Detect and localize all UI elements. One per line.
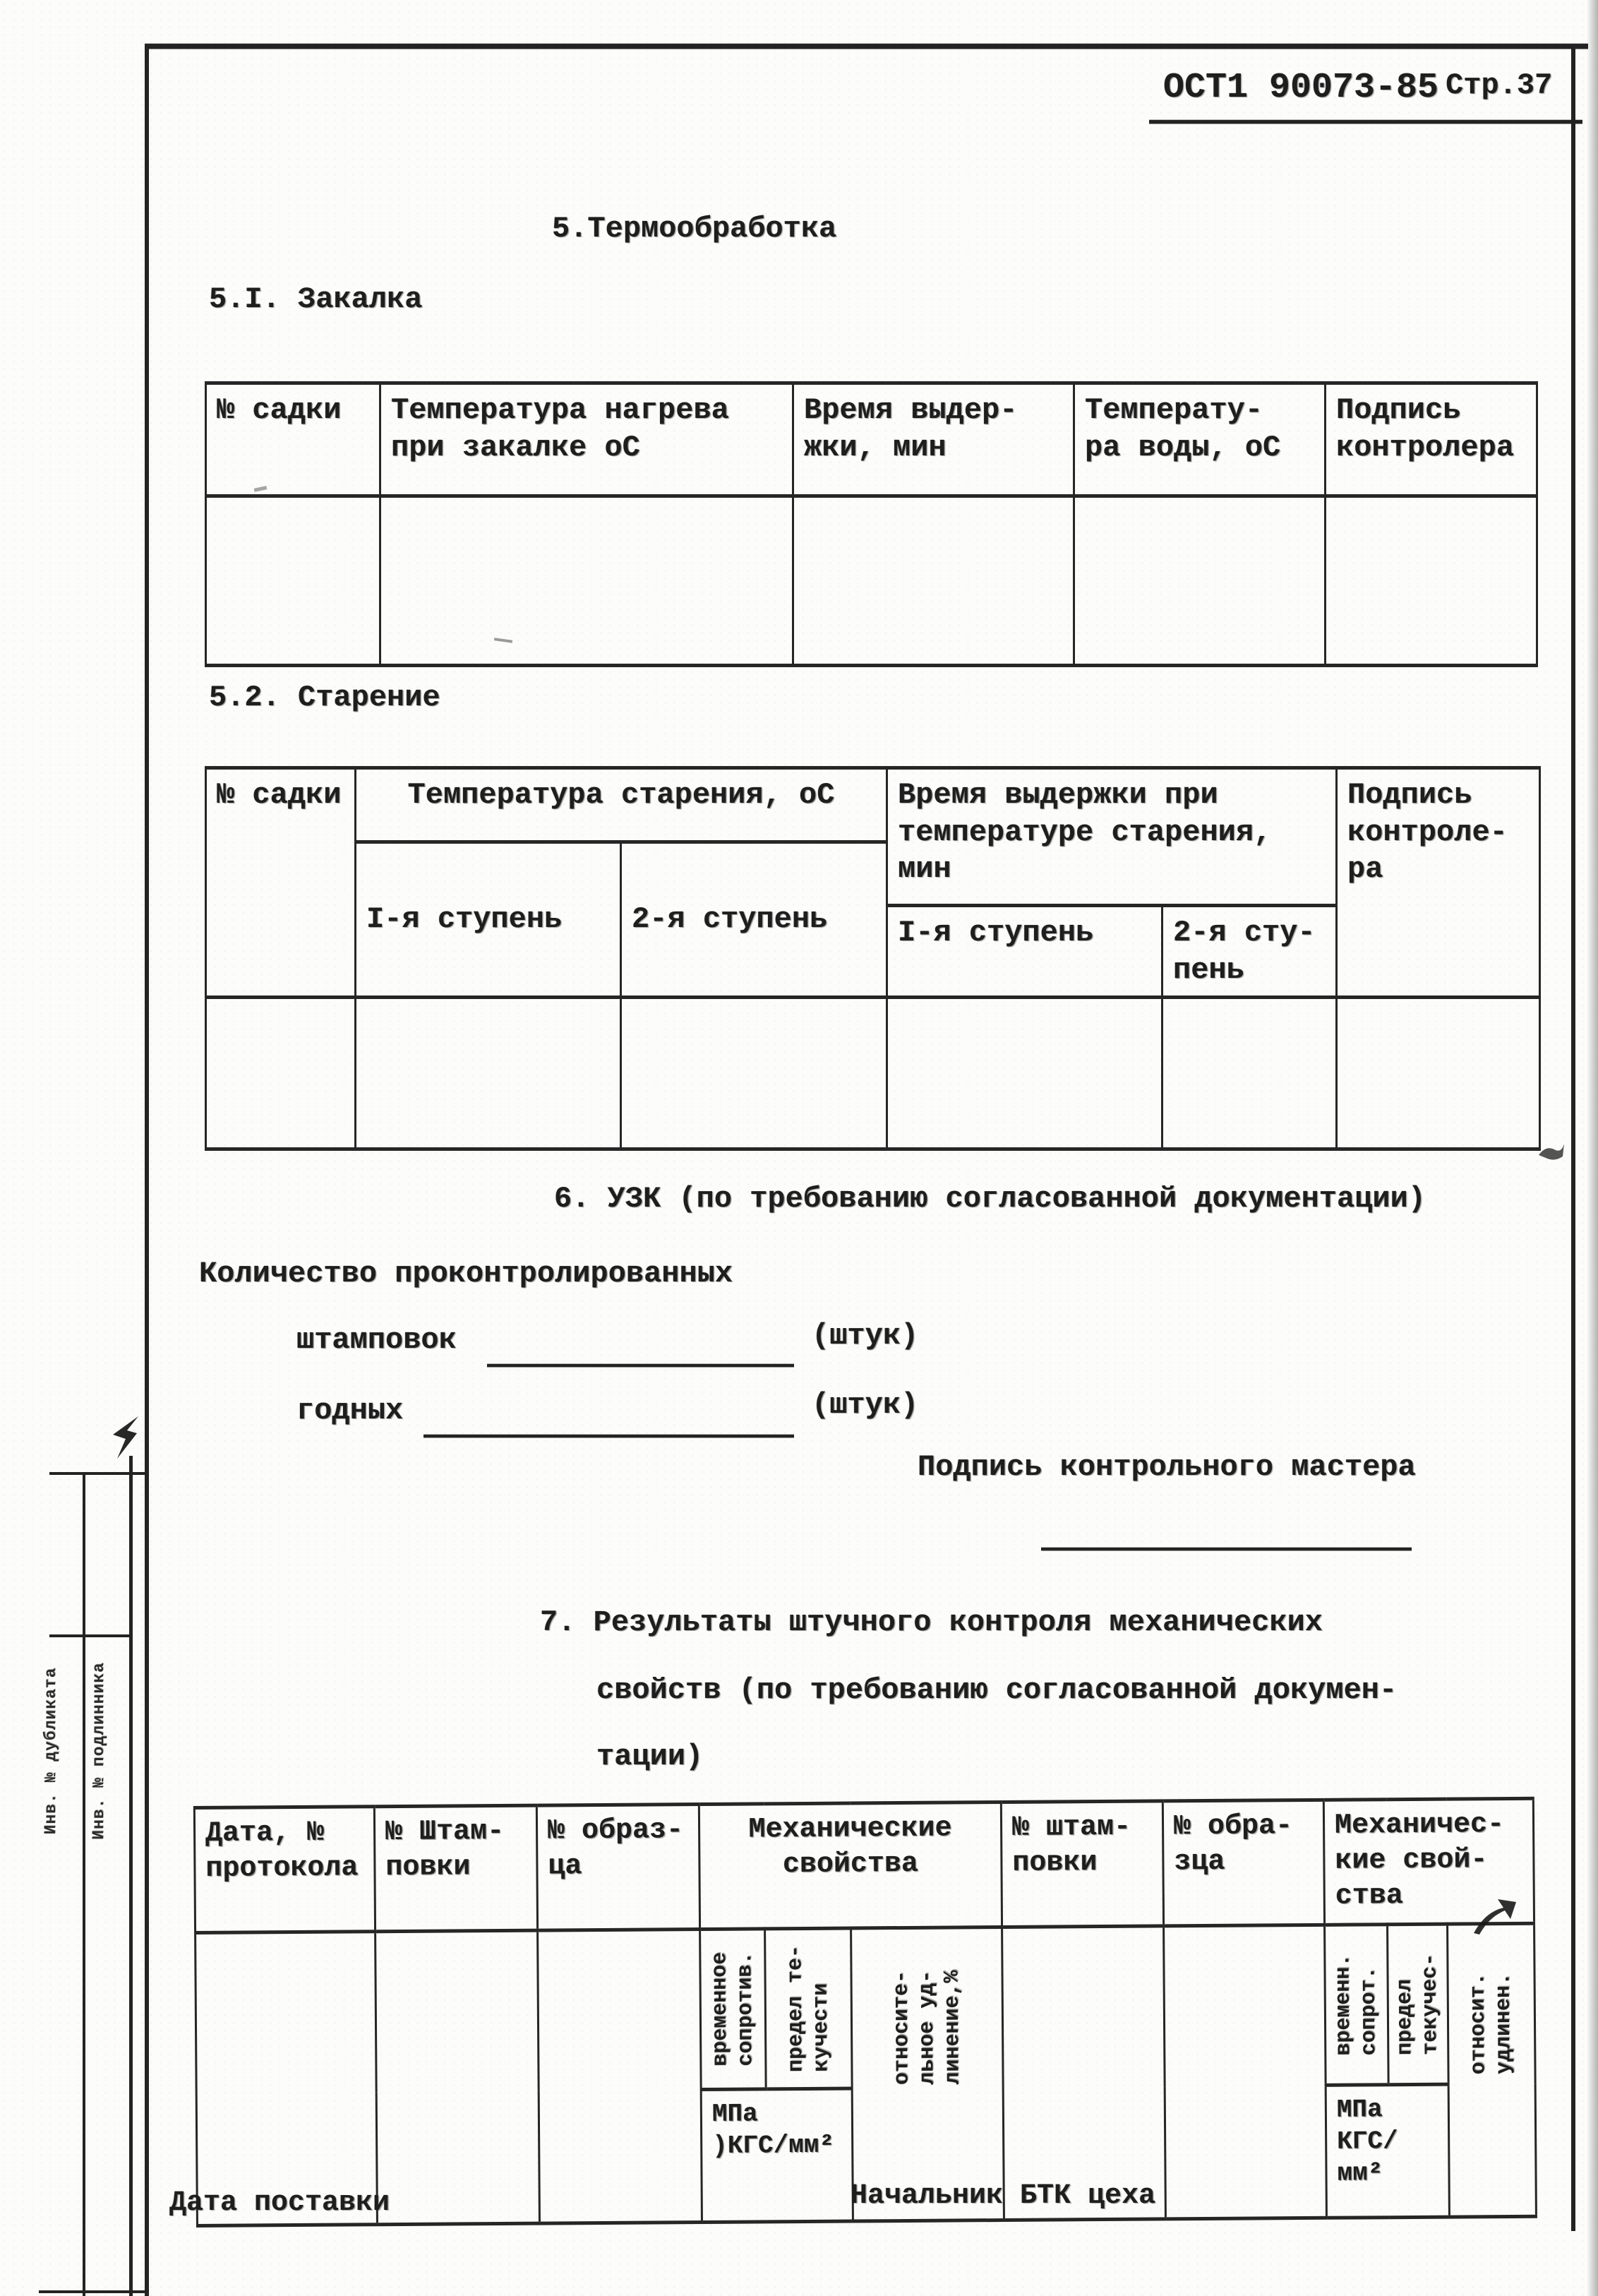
aging-header-sign: Подпись контроле- ра xyxy=(1337,768,1540,998)
quench-empty-cell xyxy=(380,496,793,666)
yield-left-label: предел те- кучести xyxy=(783,1945,834,2073)
results-heading-line1: 7. Результаты штучного контроля механиче… xyxy=(540,1604,1323,1642)
elongation-left-label: относите- льное уд- линение,% xyxy=(889,1971,966,2086)
mech-subheader-yield-right: предел текучес- xyxy=(1388,1924,1449,2085)
mech-header-stamp-left: № Штам- повки xyxy=(374,1805,537,1932)
results-heading-line3: тации) xyxy=(596,1738,703,1776)
quench-header-water: Температу- ра воды, оС xyxy=(1074,383,1326,496)
stamps-unit-label: (штук) xyxy=(812,1317,918,1355)
page-border-top xyxy=(145,44,1588,49)
quench-header-time: Время выдер- жки, мин xyxy=(793,383,1074,496)
aging-header-temp-group: Температура старения, оС xyxy=(356,768,887,842)
yield-right-label: предел текучес- xyxy=(1392,1954,1443,2056)
good-label: годных xyxy=(296,1392,403,1430)
mech-header-sample-left: № образ- ца xyxy=(536,1805,699,1931)
elongation-right-label: относит. удлинен. xyxy=(1466,1973,1518,2075)
inspector-sign-label: Подпись контрольного мастера xyxy=(918,1449,1416,1486)
quench-header-temp: Температура нагрева при закалке оС xyxy=(380,383,793,496)
margin-line-inner xyxy=(83,1472,85,2296)
scanned-document-page: ОСТ1 90073-85Стр.37 5.Термообработка 5.I… xyxy=(0,0,1598,2296)
quench-header-batch: № садки xyxy=(206,383,380,496)
aging-header-time-stage1: I-я ступень xyxy=(887,906,1163,998)
aging-empty-cell xyxy=(621,998,887,1149)
inv-duplicate-label: Инв. № дубликата xyxy=(42,1638,60,1864)
aging-empty-cell xyxy=(1163,998,1337,1149)
mech-subheader-elongation-left: относите- льное уд- линение,% xyxy=(851,1927,1004,2221)
results-heading-line2: свойств (по требованию согласованной док… xyxy=(596,1672,1397,1709)
good-unit-label: (штук) xyxy=(812,1387,918,1424)
mech-header-stamp-right: № штам- повки xyxy=(1001,1801,1163,1927)
aging-empty-cell xyxy=(1337,998,1540,1149)
quench-empty-cell xyxy=(1074,496,1326,666)
inv-original-label: Инв. № подлинника xyxy=(90,1638,108,1864)
chief-label: Начальник БТК цеха xyxy=(851,2179,1155,2214)
delivery-date-label: Дата поставки xyxy=(169,2186,390,2221)
mech-subheader-elongation-right: относит. удлинен. xyxy=(1448,1923,1537,2217)
strength-left-label: временное сопротив. xyxy=(707,1951,759,2067)
margin-divider-bottom xyxy=(39,2290,146,2293)
good-blank-line xyxy=(423,1435,794,1437)
quench-empty-cell xyxy=(206,496,380,666)
mech-header-group-left: Механические свойства xyxy=(699,1802,1002,1930)
page-border-right xyxy=(1571,44,1575,2231)
quench-header-sign: Подпись контролера xyxy=(1326,383,1537,496)
aging-header-temp-stage2: 2-я ступень xyxy=(621,842,887,998)
aging-table: № садки Температура старения, оС Время в… xyxy=(205,766,1541,1151)
page-number: Стр.37 xyxy=(1438,68,1552,102)
mech-empty-cell xyxy=(538,1930,702,2224)
aging-empty-cell xyxy=(356,998,621,1149)
uzk-heading: 6. УЗК (по требованию согласованной доку… xyxy=(554,1180,1426,1218)
title-section-5-1: 5.I. Закалка xyxy=(209,281,422,318)
aging-header-time-stage2: 2-я сту- пень xyxy=(1163,906,1337,998)
mech-empty-cell xyxy=(1164,1925,1327,2219)
ink-mark-table xyxy=(1470,1894,1519,1939)
page-border-left xyxy=(145,44,149,2296)
standard-number: ОСТ1 90073-85 xyxy=(1163,68,1438,108)
mech-empty-cell xyxy=(196,1932,378,2226)
quench-table: № садки Температура нагрева при закалке … xyxy=(205,381,1538,667)
margin-line-outer xyxy=(129,1456,133,2296)
header-underline xyxy=(1149,120,1582,124)
ink-mark-aging xyxy=(1536,1135,1567,1164)
mech-empty-cell xyxy=(376,1930,540,2225)
inspector-sign-line xyxy=(1041,1548,1412,1550)
stamps-label: штамповок xyxy=(296,1322,457,1359)
title-section-5: 5.Термообработка xyxy=(552,210,836,248)
stamps-blank-line xyxy=(487,1364,794,1367)
mech-table: Дата, № протокола № Штам- повки № образ-… xyxy=(193,1797,1537,2228)
aging-header-time-group: Время выдержки при температуре старения,… xyxy=(887,768,1337,906)
mech-header-date: Дата, № протокола xyxy=(194,1807,375,1933)
uzk-count-label: Количество проконтролированных xyxy=(199,1255,733,1293)
quench-empty-cell xyxy=(1326,496,1537,666)
mech-empty-cell xyxy=(1002,1926,1166,2220)
margin-divider-mid xyxy=(49,1634,131,1637)
strength-right-label: временн. сопрот. xyxy=(1330,1954,1382,2056)
aging-empty-cell xyxy=(887,998,1163,1149)
document-header: ОСТ1 90073-85Стр.37 xyxy=(1163,66,1552,111)
ink-mark-margin xyxy=(106,1412,143,1463)
aging-header-batch: № садки xyxy=(206,768,356,998)
mech-units-right: МПа КГС/мм² xyxy=(1326,2084,1449,2218)
aging-header-temp-stage1: I-я ступень xyxy=(356,842,621,998)
mech-subheader-strength-right: временн. сопрот. xyxy=(1325,1925,1389,2086)
margin-divider-top xyxy=(49,1472,146,1475)
mech-units-left: МПа )КГС/мм² xyxy=(701,2088,853,2222)
mech-subheader-yield-left: предел те- кучести xyxy=(765,1928,853,2089)
title-section-5-2: 5.2. Старение xyxy=(209,679,440,717)
mech-subheader-strength-left: временное сопротив. xyxy=(700,1929,767,2090)
aging-empty-cell xyxy=(206,998,356,1149)
mech-header-sample-right: № обра- зца xyxy=(1163,1800,1324,1926)
quench-empty-cell xyxy=(793,496,1074,666)
